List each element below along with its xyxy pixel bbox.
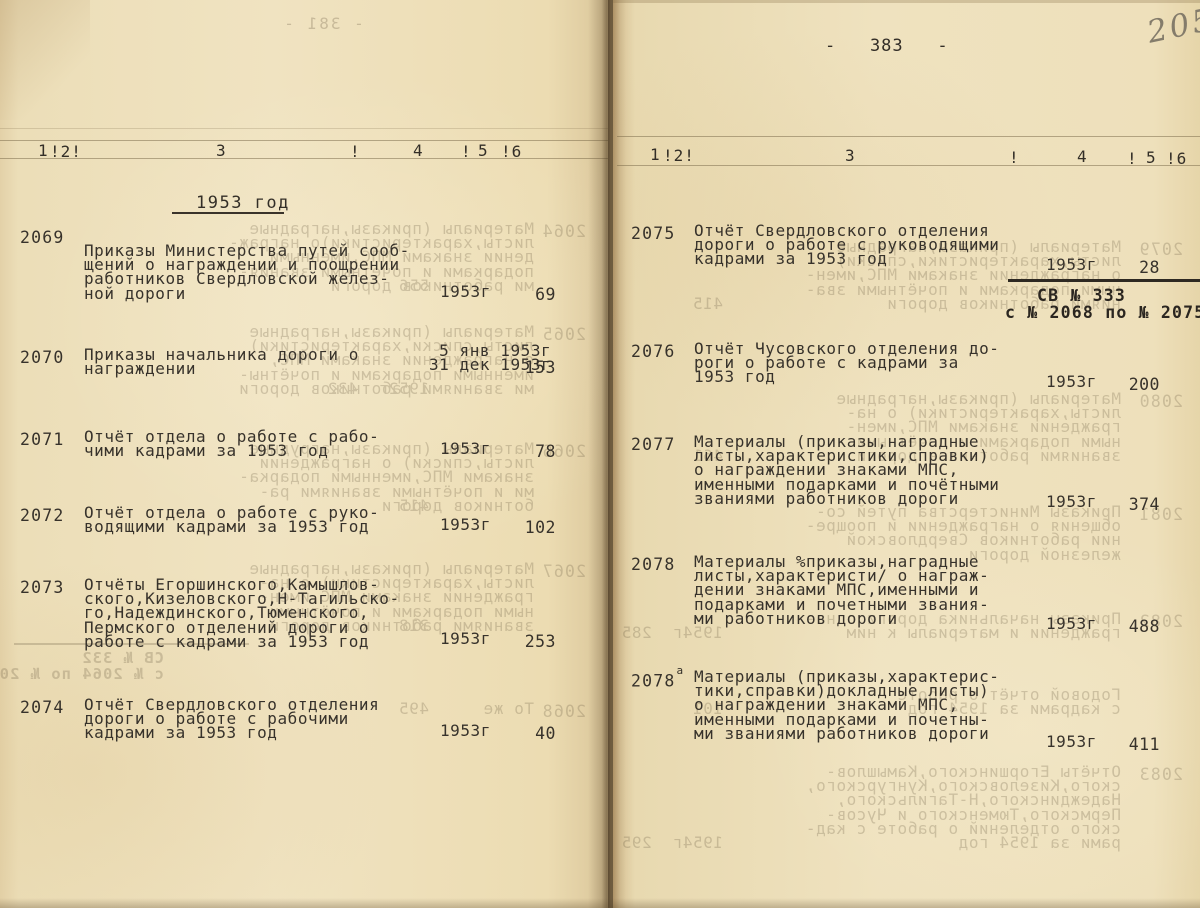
column-header-cell: ! [350, 142, 361, 161]
bleedthrough-entry-number: 2083 [1138, 765, 1183, 784]
entry-number: 2073 [20, 578, 65, 597]
bleedthrough-value: 415 [692, 297, 723, 311]
bleedthrough-value: 318 [398, 619, 429, 633]
entry-quantity: 28 [1105, 258, 1160, 277]
bleedthrough-text-line: рами за 1954 год [958, 836, 1121, 850]
entry-date: 1953г [1046, 258, 1097, 272]
bleedthrough-entry-number: 2064 [541, 222, 586, 241]
entry-text-line: работе с кадрами за 1953 год [84, 635, 369, 649]
sv-separator-rule [1008, 279, 1200, 282]
entry-quantity: 40 [500, 724, 556, 743]
entry-number: 2072 [20, 506, 65, 525]
year-heading: 1953 год [196, 193, 290, 213]
entry-text-line: кадрами за 1953 год [84, 726, 277, 740]
column-header-cell: !2! [50, 142, 82, 161]
entry-number: 2077 [631, 435, 676, 454]
column-header-cell: ! [1009, 148, 1020, 167]
entry-number: 2070 [20, 348, 65, 367]
entry-date: 1953г [1046, 735, 1097, 749]
column-header-cell: 1 [650, 145, 661, 164]
entry-quantity: 253 [500, 632, 556, 651]
entry-quantity: 69 [500, 285, 556, 304]
column-header-cell: !6 [501, 142, 522, 161]
bleedthrough-value: 495 [398, 702, 429, 716]
entry-text-line: 1953 год [694, 370, 775, 384]
handwritten-folio-number: 205 [1144, 1, 1200, 50]
column-header-cell: 3 [216, 141, 227, 160]
entry-date: 1953г [440, 442, 491, 456]
column-header-cell: ! [1127, 149, 1138, 168]
archival-document-scan: { "colors": { "paper": "#efe1bc", "ink":… [0, 0, 1200, 908]
entry-text-line: награждении [84, 362, 196, 376]
entry-number: 2078а [631, 670, 683, 691]
entry-number: 2078 [631, 555, 676, 574]
entry-text-line: званиями работников дороги [694, 492, 959, 506]
entry-quantity: 78 [500, 442, 556, 461]
entry-quantity: 488 [1105, 617, 1160, 636]
bleedthrough-value: 1952г 432 [327, 382, 429, 396]
entry-quantity: 200 [1105, 375, 1160, 394]
column-header-cell: 4 [413, 141, 424, 160]
left-page: 1 !2! 3 ! 4 ! 5 !6 - 381 - 1953 год 2064… [0, 0, 608, 908]
entry-number: 2075 [631, 224, 676, 243]
page-top-edge [613, 0, 1200, 3]
ruled-line [0, 128, 608, 129]
column-header-cell: 3 [845, 146, 856, 165]
sv-note-line2: с № 2068 по № 2075 [1005, 303, 1200, 322]
photo-bottom-shade [0, 898, 1200, 908]
entry-number-superscript: а [677, 664, 685, 677]
entry-text-line: чими кадрами за 1953 год [84, 444, 328, 458]
column-header-cell: 5 [478, 141, 489, 160]
bleedthrough-entry-number: 2068 [541, 702, 586, 721]
column-header-cell: 5 [1146, 148, 1157, 167]
bleedthrough-value: 1954г 295 [621, 836, 723, 850]
entry-date: 1953г [1046, 617, 1097, 631]
bleedthrough-entry-number: 2067 [541, 562, 586, 581]
entry-number: 2071 [20, 430, 65, 449]
bleedthrough-value: 556 [398, 279, 429, 293]
bleedthrough-sv-line: с № 2064 по № 2067 [0, 665, 164, 683]
right-page: - 383 - 205 1 !2! 3 ! 4 ! 5 !6 2079Матер… [613, 0, 1200, 908]
entry-date: 1953г [440, 724, 491, 738]
entry-text-line: ми работников дороги [694, 612, 898, 626]
entry-quantity: 153 [500, 358, 556, 377]
ruled-line [617, 136, 1200, 137]
entry-quantity: 102 [500, 518, 556, 537]
entry-quantity: 411 [1105, 735, 1160, 754]
column-header-cell: 4 [1077, 147, 1088, 166]
entry-date: 1953г [1046, 495, 1097, 509]
bleedthrough-value: 1954г 285 [621, 626, 723, 640]
bleedthrough-text-line: То же [483, 702, 534, 716]
entry-date: 1953г [440, 285, 491, 299]
column-header-cell: !6 [1166, 149, 1187, 168]
entry-number: 2076 [631, 342, 676, 361]
page-number: - 383 - [825, 36, 949, 56]
entry-text-line: ной дороги [84, 287, 186, 301]
ruled-line [0, 140, 608, 141]
column-header-cell: !2! [663, 146, 695, 165]
entry-date: 1953г [440, 632, 491, 646]
ruled-line [617, 165, 1200, 166]
entry-text-line: ми званиями работников дороги [694, 727, 989, 741]
column-header-cell: ! [461, 142, 472, 161]
column-header-cell: 1 [38, 141, 49, 160]
bleedthrough-value: 415 [398, 499, 429, 513]
bleedthrough-page-number: - 381 - [248, 14, 398, 33]
page-corner-shade [0, 0, 90, 120]
bleedthrough-entry-number: 2079 [1138, 240, 1183, 259]
bleedthrough-entry-number: 2080 [1138, 392, 1183, 411]
entry-quantity: 374 [1105, 495, 1160, 514]
bleedthrough-text-line: железной дороги [968, 548, 1121, 562]
entry-text-line: кадрами за 1953 год [694, 252, 887, 266]
entry-date: 1953г [1046, 375, 1097, 389]
entry-number: 2074 [20, 698, 65, 717]
year-heading-underline [172, 212, 284, 214]
entry-date: 1953г [440, 518, 491, 532]
entry-text-line: водящими кадрами за 1953 год [84, 520, 369, 534]
entry-number: 2069 [20, 228, 65, 247]
